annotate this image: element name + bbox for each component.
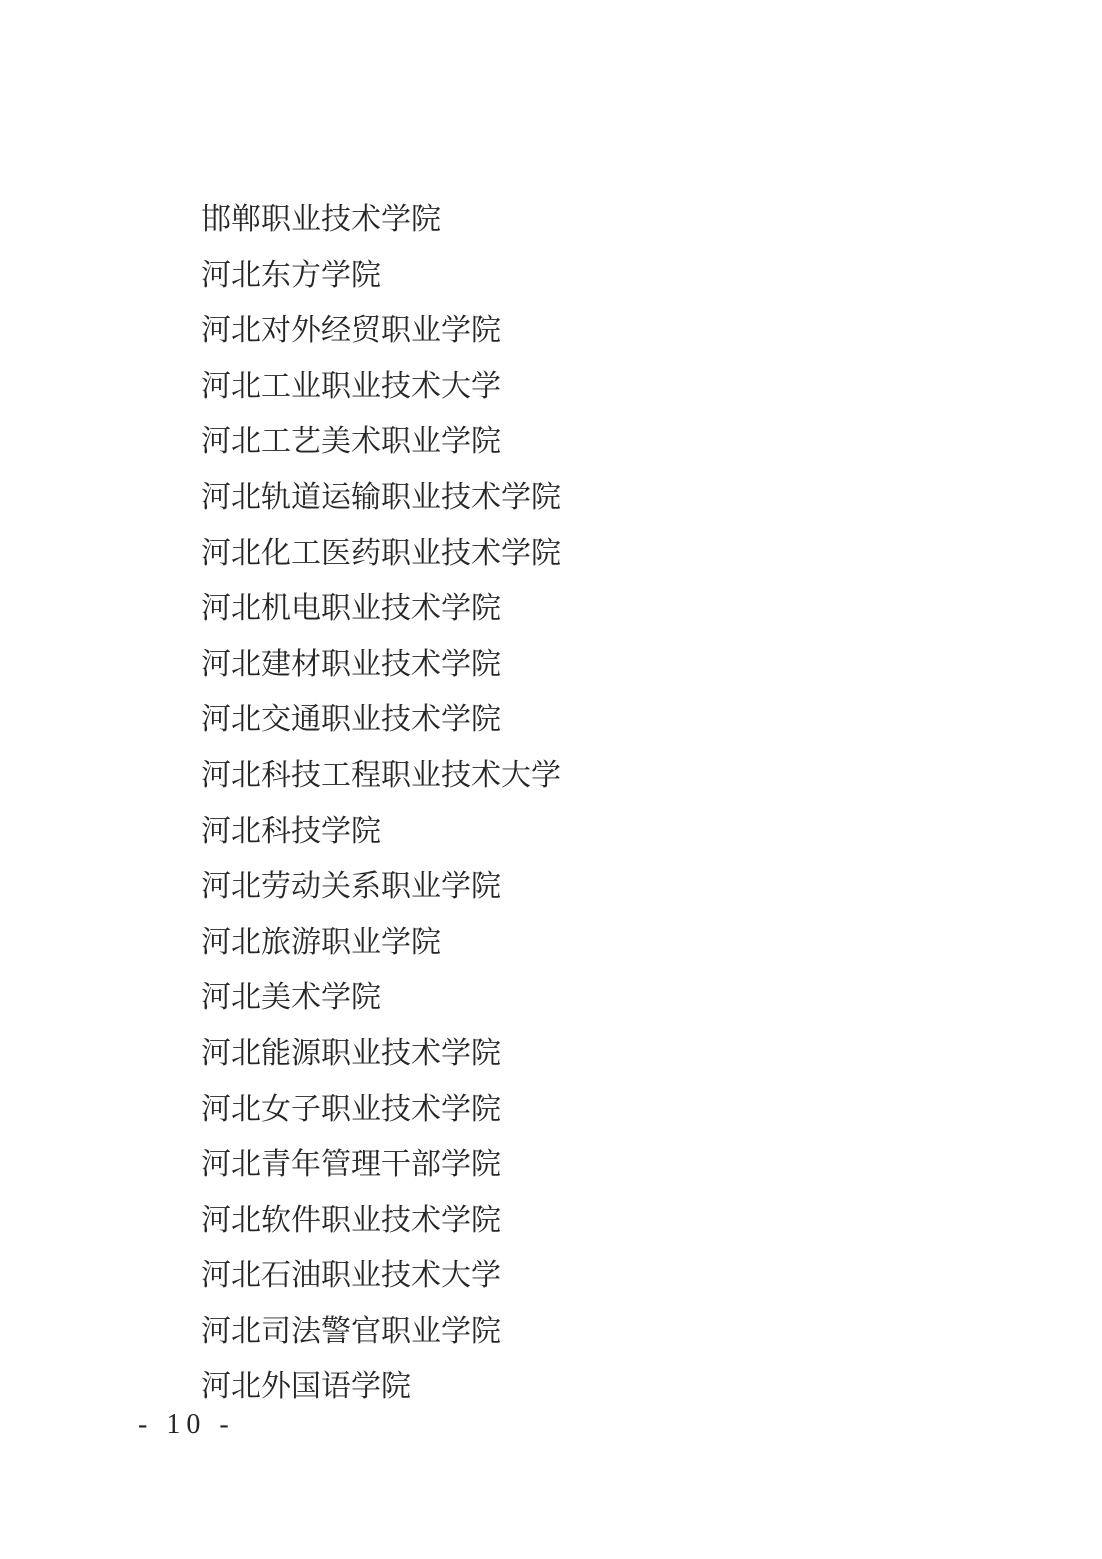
list-item: 河北轨道运输职业技术学院 bbox=[201, 470, 561, 526]
list-item: 河北司法警官职业学院 bbox=[201, 1304, 561, 1360]
list-item: 河北劳动关系职业学院 bbox=[201, 859, 561, 915]
list-item: 河北对外经贸职业学院 bbox=[201, 303, 561, 359]
list-item: 邯郸职业技术学院 bbox=[201, 192, 561, 248]
list-item: 河北化工医药职业技术学院 bbox=[201, 526, 561, 582]
list-item: 河北石油职业技术大学 bbox=[201, 1248, 561, 1304]
list-item: 河北女子职业技术学院 bbox=[201, 1082, 561, 1138]
list-item: 河北工业职业技术大学 bbox=[201, 359, 561, 415]
list-item: 河北科技工程职业技术大学 bbox=[201, 748, 561, 804]
list-item: 河北工艺美术职业学院 bbox=[201, 414, 561, 470]
page-number: - 10 - bbox=[138, 1408, 235, 1442]
document-page: 邯郸职业技术学院 河北东方学院 河北对外经贸职业学院 河北工业职业技术大学 河北… bbox=[0, 0, 1102, 1559]
list-item: 河北旅游职业学院 bbox=[201, 915, 561, 971]
list-item: 河北科技学院 bbox=[201, 804, 561, 860]
list-item: 河北能源职业技术学院 bbox=[201, 1026, 561, 1082]
list-item: 河北建材职业技术学院 bbox=[201, 637, 561, 693]
list-item: 河北东方学院 bbox=[201, 248, 561, 304]
list-item: 河北青年管理干部学院 bbox=[201, 1137, 561, 1193]
list-item: 河北美术学院 bbox=[201, 970, 561, 1026]
institution-list: 邯郸职业技术学院 河北东方学院 河北对外经贸职业学院 河北工业职业技术大学 河北… bbox=[201, 192, 561, 1415]
list-item: 河北外国语学院 bbox=[201, 1359, 561, 1415]
list-item: 河北机电职业技术学院 bbox=[201, 581, 561, 637]
list-item: 河北交通职业技术学院 bbox=[201, 692, 561, 748]
list-item: 河北软件职业技术学院 bbox=[201, 1193, 561, 1249]
